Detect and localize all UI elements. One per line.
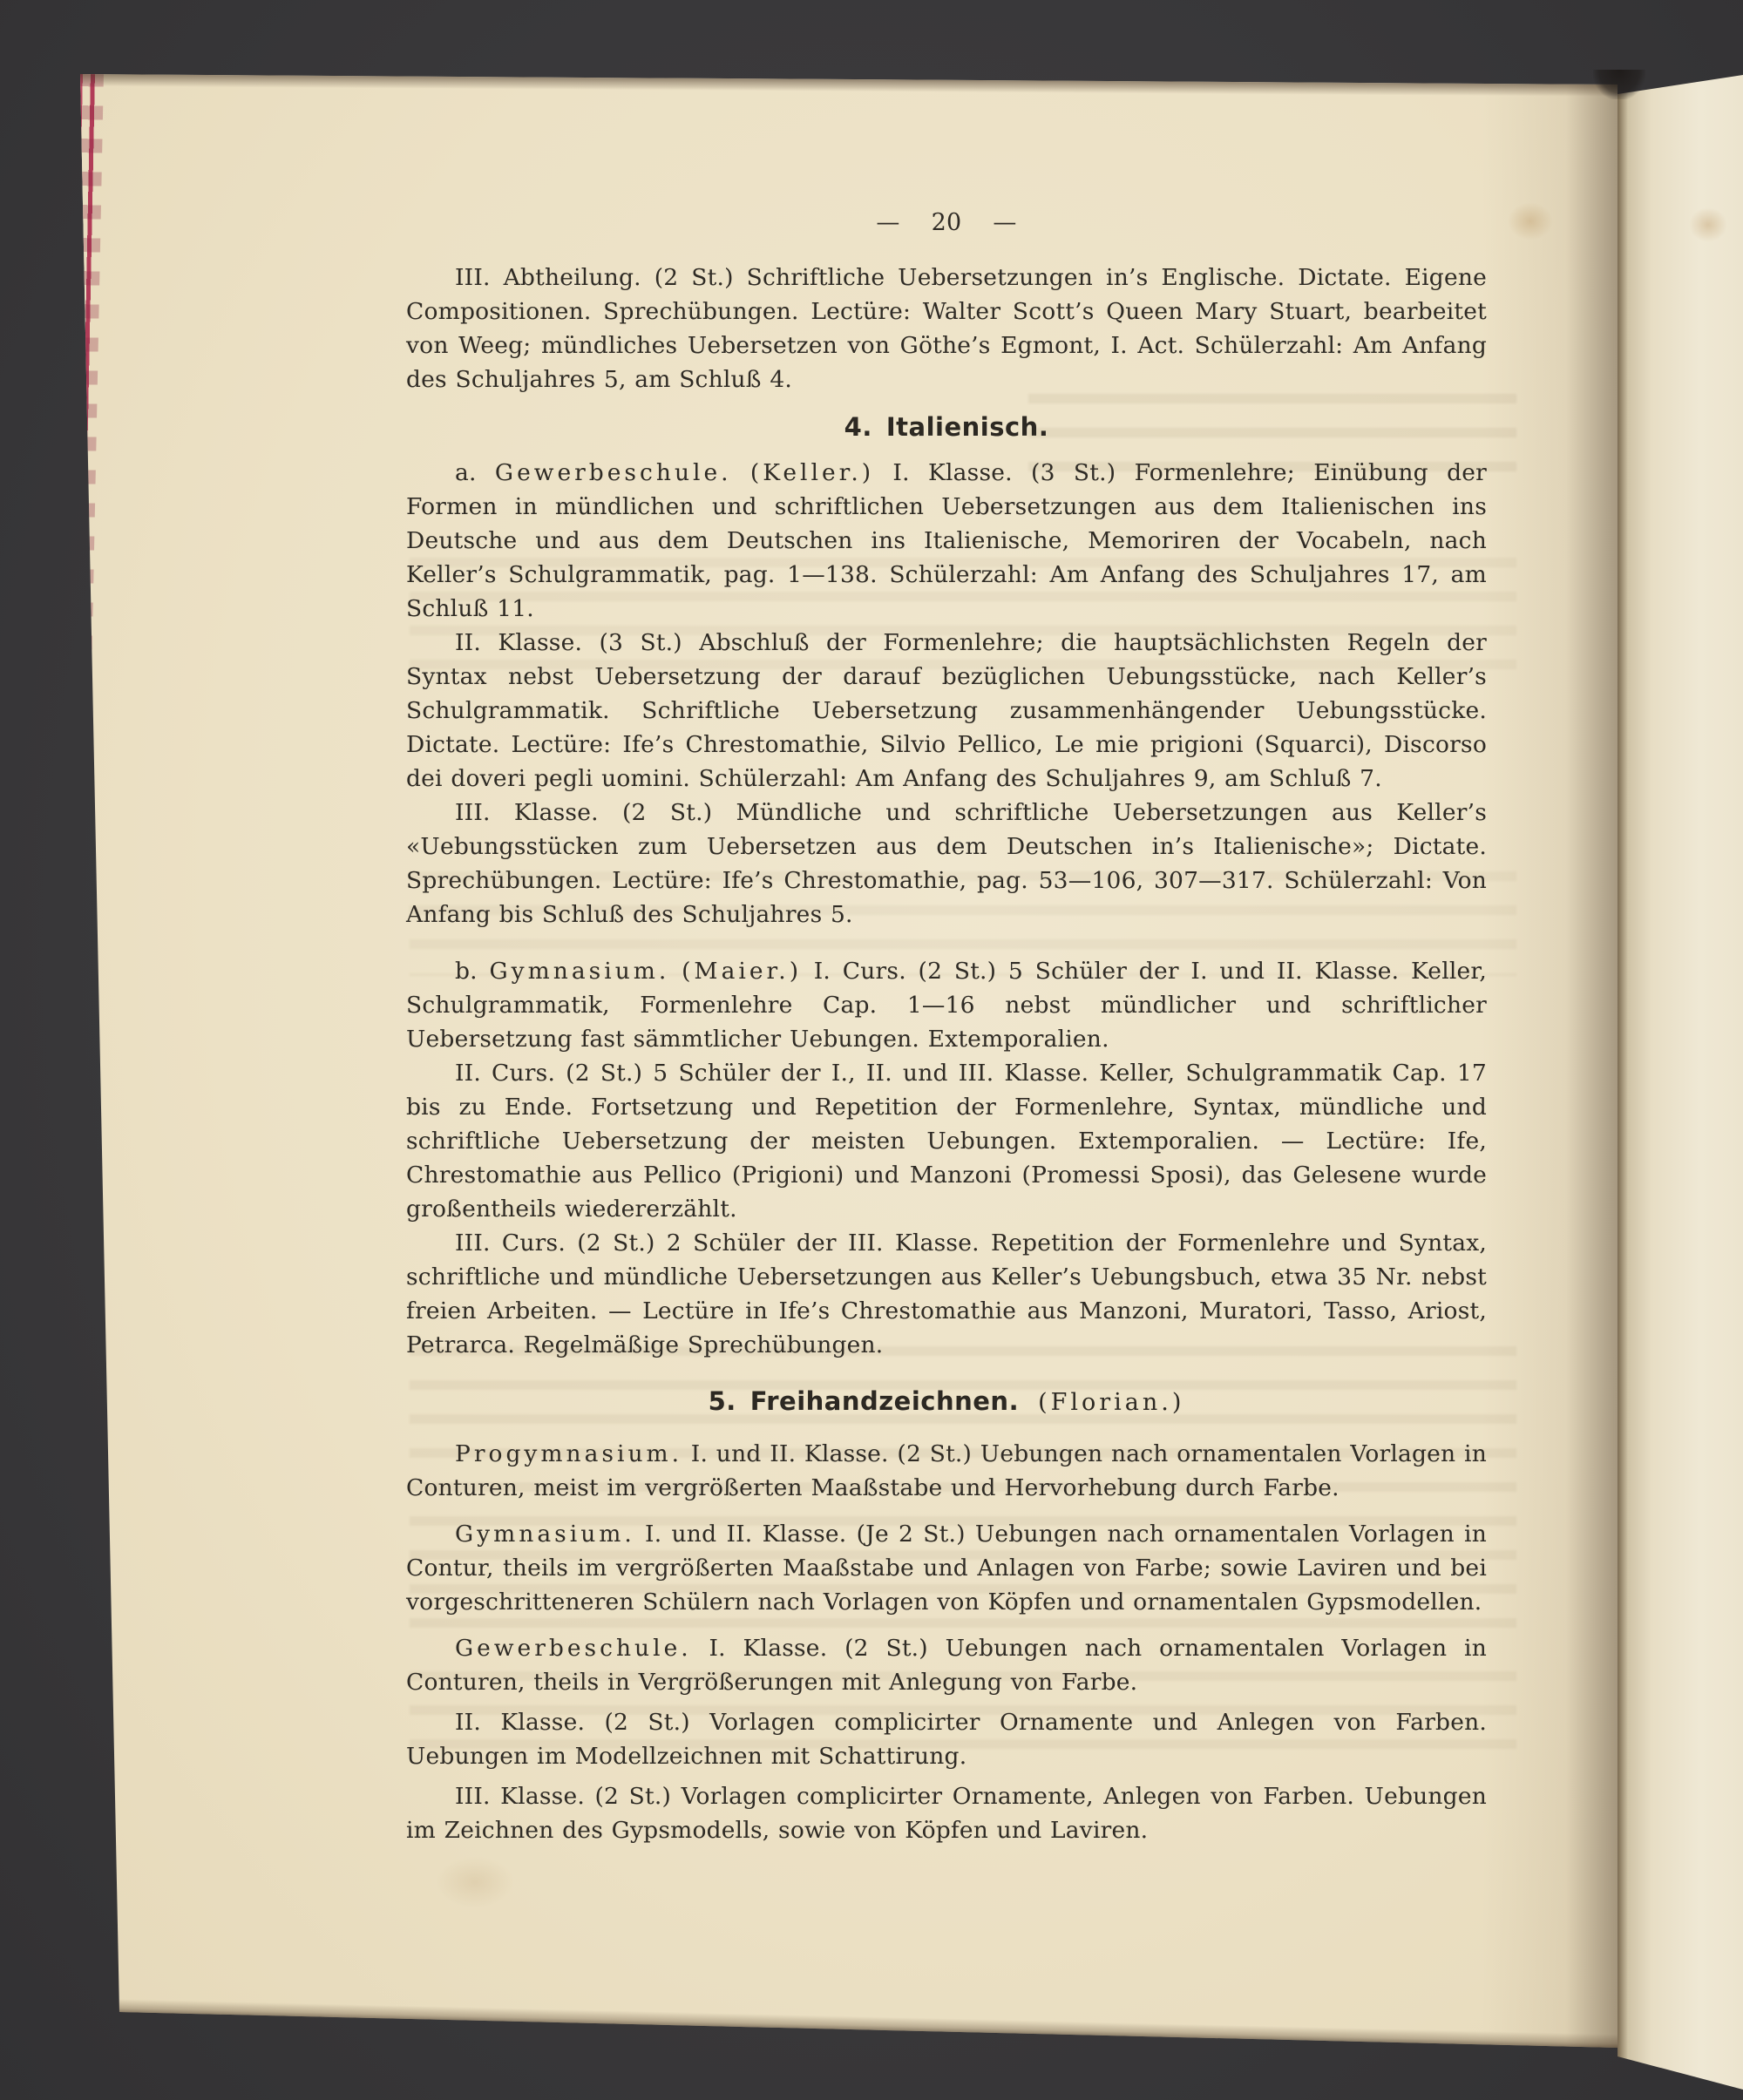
- section-number: 5.: [709, 1386, 736, 1416]
- paragraph-gymnasium-curs-i: b. Gymnasium. (Maier.) I. Curs. (2 St.) …: [406, 954, 1487, 1056]
- paragraph-abtheilung-iii-english: III. Abtheilung. (2 St.) Schriftliche Ue…: [406, 261, 1487, 396]
- section-number: 4.: [844, 412, 872, 442]
- scanned-book-spread: —20— III. Abtheilung. (2 St.) Schriftlic…: [0, 0, 1743, 2100]
- paragraph-gewerbeschule-klasse-i-zeichnen: Gewerbeschule. I. Klasse. (2 St.) Uebung…: [406, 1631, 1487, 1699]
- paragraph-curs-iii: III. Curs. (2 St.) 2 Schüler der III. Kl…: [406, 1226, 1487, 1362]
- section-title: Freihandzeichnen.: [750, 1386, 1019, 1416]
- page-number-dash-left: —: [876, 209, 899, 236]
- page-number-value: 20: [932, 209, 962, 236]
- page-top-edge-shadow: [80, 74, 1619, 97]
- red-fore-edge: [38, 72, 104, 2029]
- section-heading-italienisch: 4.Italienisch.: [406, 409, 1487, 445]
- gutter-top-notch: [1593, 70, 1645, 99]
- page-number-dash-right: —: [993, 209, 1016, 236]
- paragraph-klasse-ii: II. Klasse. (3 St.) Abschluß der Formenl…: [406, 626, 1487, 796]
- page-text-block: —20— III. Abtheilung. (2 St.) Schriftlic…: [406, 206, 1487, 1847]
- paragraph-gewerbeschule-klasse-i: a. Gewerbeschule. (Keller.) I. Klasse. (…: [406, 456, 1487, 626]
- page-bottom-edge-shadow: [119, 1999, 1623, 2049]
- paragraph-klasse-iii: III. Klasse. (2 St.) Mündliche und schri…: [406, 796, 1487, 931]
- page-number: —20—: [406, 206, 1487, 240]
- section-title: Italienisch.: [886, 412, 1048, 442]
- paragraph-progymnasium: Progymnasium. I. und II. Klasse. (2 St.)…: [406, 1437, 1487, 1505]
- gutter-shadow: [1482, 74, 1618, 2049]
- paragraph-curs-ii: II. Curs. (2 St.) 5 Schüler der I., II. …: [406, 1056, 1487, 1226]
- paragraph-klasse-iii-zeichnen: III. Klasse. (2 St.) Vorlagen complicirt…: [406, 1779, 1487, 1847]
- section-teacher: (Florian.): [1038, 1389, 1184, 1416]
- section-heading-freihandzeichnen: 5.Freihandzeichnen.(Florian.): [406, 1383, 1487, 1421]
- paragraph-gymnasium: Gymnasium. I. und II. Klasse. (Je 2 St.)…: [406, 1517, 1487, 1619]
- paragraph-klasse-ii-zeichnen: II. Klasse. (2 St.) Vorlagen complicirte…: [406, 1705, 1487, 1773]
- paper-stain: [436, 1856, 514, 1908]
